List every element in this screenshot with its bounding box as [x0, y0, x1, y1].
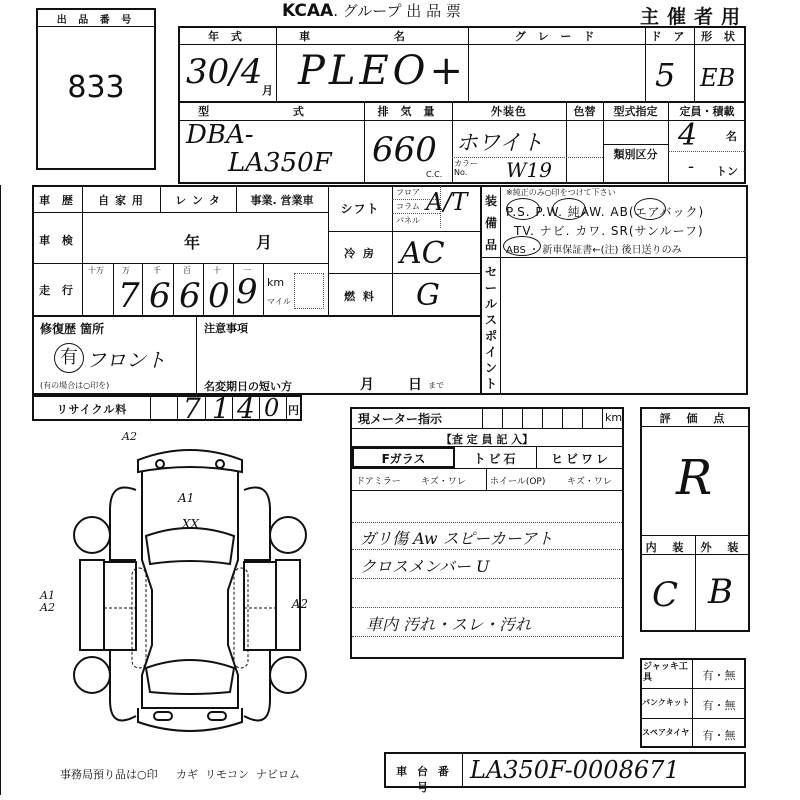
equipment-circle-ab [634, 198, 666, 220]
current-meter-unit: km [605, 411, 622, 424]
car-damage-diagram[interactable]: A1 XX A2 [70, 440, 310, 740]
chassis-type-line1[interactable]: DBA- [186, 120, 254, 150]
capacity-tons[interactable]: - [688, 156, 694, 177]
mileage-digit-100[interactable]: 6 [179, 276, 201, 316]
equipment-line2[interactable]: TV. ナビ. カワ. SR(サンルーフ) [514, 222, 704, 239]
office-items-label: 事務局預り品は○印 [60, 766, 158, 782]
exterior-color-value[interactable]: ホワイト [456, 126, 543, 157]
capacity-label: 定員・積載 [668, 103, 746, 119]
grade-label: グ レ ー ド [468, 28, 645, 44]
mileage-unit-km[interactable]: km [267, 276, 284, 289]
mileage-label: 走 行 [34, 282, 82, 298]
fuel-value[interactable]: G [416, 278, 440, 313]
door-mirror-label: ドアミラー [356, 474, 401, 487]
mileage-digit-1k[interactable]: 6 [149, 276, 171, 316]
mileage-digit-10[interactable]: 0 [208, 276, 230, 316]
shift-value[interactable]: A/T [426, 188, 467, 216]
year-label: 年 式 [178, 28, 276, 44]
repair-circled-value[interactable]: 有 [54, 343, 84, 373]
score-label: 評 価 点 [640, 410, 750, 426]
diagram-mark-front: A2 [122, 430, 137, 443]
digit-label-10k: 万 [122, 265, 130, 276]
mileage-unit-mile[interactable]: マイル [267, 296, 291, 307]
recycle-label: リサイクル料 [34, 401, 150, 417]
office-items-list[interactable]: カギ リモコン ナビロム [176, 766, 300, 782]
type-designation-label: 型式指定 [603, 103, 668, 119]
org-logo: KCAA [282, 1, 333, 21]
chassis-type-label: 型 式 [178, 103, 364, 119]
copy-label: 主催者用 [640, 2, 748, 29]
repair-label: 修復歴 箇所 [40, 320, 104, 337]
exterior-color-label: 外装色 [452, 103, 566, 119]
mileage-digit-10k[interactable]: 7 [118, 276, 140, 316]
current-meter-label: 現メーター指示 [358, 410, 442, 427]
doors-label: ド ア [645, 28, 694, 44]
shift-floor[interactable]: フロア [396, 187, 420, 198]
capacity-tons-unit: トン [716, 163, 738, 179]
interior-label: 内 装 [640, 539, 695, 555]
mileage-digit-1[interactable]: 9 [236, 272, 258, 312]
jack-tool-label: ジャッキ工具 [643, 662, 689, 684]
shift-column[interactable]: コラム [396, 201, 420, 212]
equipment-circle-abs [503, 236, 541, 256]
mileage-unit-checkbox[interactable] [294, 273, 324, 309]
recycle-digit-3[interactable]: 4 [237, 392, 255, 425]
displacement-unit: C.C. [426, 170, 442, 179]
capacity-persons-unit: 名 [726, 128, 737, 144]
chassis-number-label: 車 台 番 号 [386, 763, 462, 795]
inspector-note-1[interactable]: ガリ傷 Aw スピーカーアト [360, 526, 553, 549]
repair-note: (有の場合は○印を) [40, 380, 109, 391]
equipment-label: 装備品 [482, 190, 500, 256]
fuel-label: 燃 料 [328, 288, 392, 304]
spare-tire-label: スペアタイヤ [642, 727, 689, 738]
chassis-number-value[interactable]: LA350F-0008671 [470, 756, 680, 784]
puncture-kit-label: パンクキット [642, 697, 690, 708]
form-title: . グループ 出 品 票 [333, 2, 461, 20]
sales-point-label: セールスポイント [482, 264, 500, 392]
diagram-mark-hood: A1 [177, 491, 194, 505]
notes-label: 注意事項 [204, 320, 248, 336]
digit-label-10: 十 [213, 265, 221, 276]
recycle-digit-2[interactable]: 1 [212, 392, 230, 425]
chip-option[interactable]: トビ石 [460, 450, 532, 467]
shift-panel[interactable]: パネル [396, 215, 420, 226]
inspector-title: 【査 定 員 記 入】 [350, 431, 624, 447]
interior-value[interactable]: C [652, 575, 678, 615]
inspection-year-unit: 年 [184, 230, 200, 253]
year-value[interactable]: 30/4 [186, 52, 262, 92]
recycle-digit-4[interactable]: 0 [264, 394, 279, 422]
diagram-mark-right: A2 [291, 597, 308, 611]
displacement-label: 排 気 量 [364, 103, 452, 119]
door-mirror-damage[interactable]: キズ・ワレ [421, 474, 466, 487]
body-type-value[interactable]: EB [700, 64, 735, 92]
ac-value[interactable]: AC [400, 236, 445, 271]
shift-label: シフト [328, 200, 392, 217]
model-name-value[interactable]: PLEO+ [298, 48, 467, 94]
equipment-circle-ps [506, 198, 540, 220]
repair-location[interactable]: フロント [86, 344, 166, 373]
grade-value[interactable] [470, 48, 642, 98]
ac-label: 冷 房 [328, 245, 392, 261]
sales-point-field[interactable] [502, 259, 746, 393]
puncture-kit-value[interactable]: 有・無 [692, 697, 746, 713]
digit-label-1k: 千 [153, 265, 161, 276]
spare-tire-value[interactable]: 有・無 [692, 727, 746, 743]
displacement-value[interactable]: 660 [372, 130, 437, 170]
digit-label-100: 百 [183, 265, 191, 276]
rename-until: まで [428, 380, 444, 391]
jack-tool-value[interactable]: 有・無 [692, 667, 746, 683]
color-no-value[interactable]: W19 [506, 158, 552, 182]
history-private[interactable]: 自 家 用 [82, 192, 160, 208]
header-title: KCAA. グループ 出 品 票 [282, 0, 461, 21]
rename-month: 月 [360, 374, 374, 394]
color-no-label: カラー No. [454, 159, 478, 177]
digit-label-100k: 十万 [88, 265, 104, 276]
rename-day: 日 [408, 374, 422, 394]
class-label: 類別区分 [603, 146, 668, 162]
inspector-note-3[interactable]: 車内 汚れ・スレ・汚れ [366, 612, 531, 635]
inspection-month-unit: 月 [256, 230, 272, 253]
diagram-mark-hood-xx: XX [181, 517, 200, 531]
lot-label: 出 品 番 号 [38, 10, 154, 27]
recycle-unit: 円 [288, 402, 299, 418]
exterior-label: 外 装 [695, 539, 750, 555]
body-type-label: 形 状 [694, 28, 746, 44]
history-commercial[interactable]: 事業. 営業車 [236, 192, 328, 208]
history-rental[interactable]: レ ン タ [160, 192, 236, 208]
crack-option[interactable]: ヒビワレ [538, 450, 624, 467]
history-label: 車 歴 [34, 192, 82, 208]
recycle-digit-1[interactable]: 7 [183, 392, 201, 425]
equipment-circle-pw [552, 198, 586, 220]
exterior-value[interactable]: B [708, 572, 733, 612]
chassis-type-line2[interactable]: LA350F [228, 148, 332, 178]
windshield-text: Fガラス [352, 450, 455, 467]
year-month-unit: 月 [262, 82, 273, 98]
lot-number: 833 [38, 27, 154, 167]
inspector-note-2[interactable]: クロスメンバー U [360, 554, 489, 577]
score-value[interactable]: R [676, 450, 712, 506]
inspection-label: 車 検 [34, 232, 82, 248]
equipment-note: ※純正のみ○印をつけて下さい [506, 187, 616, 198]
wheel-damage[interactable]: キズ・ワレ [567, 474, 612, 487]
capacity-persons[interactable]: 4 [678, 118, 697, 153]
wheel-label: ホイール(OP) [490, 474, 545, 487]
model-name-label: 車 名 [276, 28, 468, 44]
doors-value[interactable]: 5 [655, 56, 675, 94]
lot-box: 出 品 番 号 833 [36, 8, 156, 170]
diagram-mark-left: A1 A2 [40, 590, 70, 614]
color-change-label: 色替 [566, 103, 603, 119]
